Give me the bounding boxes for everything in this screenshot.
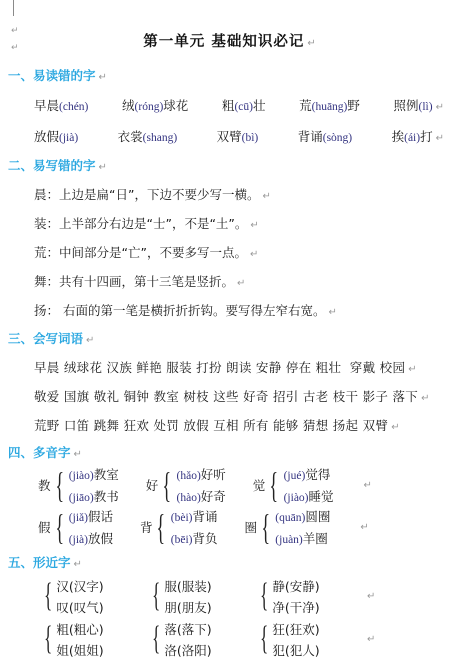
similar-chars-row-2: {粗(粗心)姐(姐姐) {落(落下)洛(洛阳) {狂(狂欢)犯(犯人) ↵ (40, 620, 460, 659)
paragraph-mark: ↵ (250, 220, 258, 231)
pinyin: (cū) (234, 101, 253, 113)
char-example: 汉(汉字) (56, 577, 103, 595)
word-item: 荒(huāng)野 (299, 96, 360, 114)
cursor-artifact (13, 0, 14, 16)
pinyin: (chén) (59, 101, 88, 113)
polyphone-entry: (bèi)背诵 (171, 507, 218, 525)
similar-char-group: {粗(粗心)姐(姐姐) (40, 620, 128, 659)
section-heading-text: 一、易读错的字 (8, 68, 96, 83)
pinyin: (jiāo) (69, 492, 94, 504)
word-text: 好听 (201, 467, 226, 482)
word-text: 放假 (34, 129, 59, 144)
note-line: 装：上半部分右边是“士”，不是“土”。↵ (0, 214, 460, 232)
polyphone-group: 好{ (hǎo)好听(hào)好奇 (146, 465, 226, 505)
char-example: 叹(叹气) (56, 598, 103, 616)
word-item: 早晨(chén) (34, 96, 88, 114)
section-heading-text: 二、易写错的字 (8, 158, 96, 173)
similar-char-group: {落(落下)洛(洛阳) (148, 620, 236, 659)
char-example: 洛(洛阳) (164, 641, 211, 659)
pinyin: (jiào) (69, 470, 94, 482)
char-example: 姐(姐姐) (56, 641, 103, 659)
char-example: 粗(粗心) (56, 620, 103, 638)
word-text: 绒 (122, 98, 135, 113)
word-text: 双臂 (217, 129, 242, 144)
brace-glyph: { (44, 623, 52, 655)
word-item: 衣裳(shang) (118, 127, 178, 145)
word-text: 觉得 (305, 467, 330, 482)
similar-char-group: {狂(狂欢)犯(犯人) (256, 620, 344, 659)
pinyin: (bēi) (171, 534, 193, 546)
note-line: 扬： 右面的第一笔是横折折折钩。要写得左窄右宽。↵ (0, 301, 460, 319)
word-item: 放假(jià) (34, 127, 78, 145)
word-text: 照例 (394, 98, 419, 113)
paragraph-mark: ↵ (421, 393, 430, 404)
polyphone-char: 背 (140, 518, 153, 536)
word-item: 背诵(sòng) (298, 127, 352, 145)
paragraph-mark: ↵ (367, 591, 375, 602)
note-text: 舞：共有十四画，第十三笔是竖折。 (34, 274, 234, 289)
word-text: 衣裳 (118, 129, 143, 144)
section-heading-text: 三、会写词语 (8, 331, 83, 346)
section-heading-3: 三、会写词语↵ (0, 329, 460, 347)
pinyin: (juàn) (275, 534, 302, 546)
pinyin: (jué) (284, 470, 306, 482)
paragraph-mark: ↵ (436, 133, 444, 144)
note-line: 荒：中间部分是“亡”，不要多写一点。↵ (0, 243, 460, 261)
word-text: 教室 (94, 467, 119, 482)
polyphone-group: 假{ (jiǎ)假话(jià)放假 (38, 507, 113, 547)
pinyin: (bèi) (171, 512, 193, 524)
paragraph-mark: ↵ (367, 634, 375, 645)
polyphone-char: 教 (38, 476, 51, 494)
char-example: 狂(狂欢) (272, 620, 319, 638)
section-heading-1: 一、易读错的字↵ (0, 66, 460, 84)
word-text: 睡觉 (309, 489, 334, 504)
note-text: 晨：上边是扁“日”，下边不要少写一横。 (34, 187, 259, 202)
paragraph-mark: ↵ (99, 72, 107, 83)
paragraph-mark: ↵ (99, 162, 107, 173)
pinyin: (sòng) (323, 132, 352, 144)
polyphone-char: 好 (146, 476, 159, 494)
paragraph-mark: ↵ (364, 480, 372, 491)
brace-glyph: { (55, 510, 64, 544)
misread-words-row-2: 放假(jià) 衣裳(shang) 双臂(bì) 背诵(sòng) 挨(ái)打… (34, 127, 444, 145)
brace-glyph: { (261, 510, 270, 544)
word-text: 早晨 (34, 98, 59, 113)
section-heading-text: 五、形近字 (8, 555, 71, 570)
word-text: 背负 (192, 531, 217, 546)
word-list-text: 早晨 绒球花 汉族 鲜艳 服装 打扮 朗读 安静 停在 粗壮 穿戴 校园 (34, 360, 405, 375)
similar-char-group: {汉(汉字)叹(叹气) (40, 577, 128, 616)
word-text: 球花 (163, 98, 188, 113)
paragraph-mark: ↵ (262, 191, 270, 202)
polyphone-entry: (hǎo)好听 (177, 465, 226, 483)
similar-chars-row-1: {汉(汉字)叹(叹气) {服(服装)朋(朋友) {静(安静)净(干净) ↵ (40, 577, 460, 616)
paragraph-mark: ↵ (74, 449, 82, 460)
polyphone-group: 圈{ (quān)圆圈(juàn)羊圈 (245, 507, 331, 547)
paragraph-mark: ↵ (11, 27, 19, 36)
word-text: 挨 (392, 129, 405, 144)
section-heading-5: 五、形近字↵ (0, 553, 460, 571)
similar-char-group: {服(服装)朋(朋友) (148, 577, 236, 616)
brace-glyph: { (163, 468, 172, 502)
pinyin: (quān) (275, 512, 305, 524)
word-list-line: 早晨 绒球花 汉族 鲜艳 服装 打扮 朗读 安静 停在 粗壮 穿戴 校园↵ (0, 358, 460, 376)
polyphone-group: 觉{ (jué)觉得(jiào)睡觉 (253, 465, 334, 505)
word-text: 假话 (88, 509, 113, 524)
misread-words-row-1: 早晨(chén) 绒(róng)球花 粗(cū)壮 荒(huāng)野 照例(l… (34, 96, 444, 114)
brace-glyph: { (260, 580, 268, 612)
word-item: 照例(lì)↵ (394, 96, 444, 114)
polyphone-row-1: 教{ (jiào)教室(jiāo)教书 好{ (hǎo)好听(hào)好奇 觉{… (38, 465, 460, 505)
note-text: 扬： 右面的第一笔是横折折折钩。要写得左窄右宽。 (34, 303, 325, 318)
note-line: 舞：共有十四画，第十三笔是竖折。↵ (0, 272, 460, 290)
paragraph-mark: ↵ (360, 522, 368, 533)
char-example: 落(落下) (164, 620, 211, 638)
polyphone-entry: (jià)放假 (69, 529, 113, 547)
paragraph-mark: ↵ (391, 422, 400, 433)
similar-char-group: {静(安静)净(干净) (256, 577, 344, 616)
paragraph-mark: ↵ (86, 335, 94, 346)
paragraph-mark: ↵ (74, 559, 82, 570)
word-text: 背诵 (192, 509, 217, 524)
brace-glyph: { (152, 580, 160, 612)
word-text: 放假 (88, 531, 113, 546)
section-heading-2: 二、易写错的字↵ (0, 156, 460, 174)
word-text: 背诵 (298, 129, 323, 144)
char-example: 静(安静) (272, 577, 319, 595)
polyphone-char: 圈 (245, 518, 258, 536)
paragraph-mark: ↵ (237, 278, 245, 289)
word-list-line: 荒野 口笛 跳舞 狂欢 处罚 放假 互相 所有 能够 猜想 扬起 双臂↵ (0, 416, 460, 434)
paragraph-mark: ↵ (436, 102, 444, 113)
polyphone-group: 背{ (bèi)背诵(bēi)背负 (140, 507, 218, 547)
note-text: 装：上半部分右边是“士”，不是“土”。 (34, 216, 247, 231)
char-example: 朋(朋友) (164, 598, 211, 616)
polyphone-char: 假 (38, 518, 51, 536)
polyphone-group: 教{ (jiào)教室(jiāo)教书 (38, 465, 119, 505)
page-title-text: 第一单元 基础知识必记 (143, 34, 304, 50)
word-text: 野 (347, 98, 360, 113)
note-line: 晨：上边是扁“日”，下边不要少写一横。↵ (0, 185, 460, 203)
word-item: 粗(cū)壮 (222, 96, 266, 114)
paragraph-mark: ↵ (11, 44, 19, 53)
polyphone-entry: (jiào)睡觉 (284, 487, 334, 505)
brace-glyph: { (157, 510, 166, 544)
brace-glyph: { (260, 623, 268, 655)
paragraph-mark: ↵ (328, 307, 336, 318)
char-example: 犯(犯人) (272, 641, 319, 659)
polyphone-entry: (bēi)背负 (171, 529, 218, 547)
word-text: 粗 (222, 98, 235, 113)
polyphone-char: 觉 (253, 476, 266, 494)
page-title: 第一单元 基础知识必记↵ (0, 30, 460, 51)
brace-glyph: { (44, 580, 52, 612)
polyphone-entry: (jiǎ)假话 (69, 507, 113, 525)
pinyin: (hào) (177, 492, 201, 504)
polyphone-entry: (jué)觉得 (284, 465, 334, 483)
word-text: 教书 (94, 489, 119, 504)
pinyin: (lì) (419, 101, 433, 113)
paragraph-mark: ↵ (408, 364, 417, 375)
paragraph-mark: ↵ (250, 249, 258, 260)
word-text: 圆圈 (305, 509, 330, 524)
pinyin: (hǎo) (177, 470, 201, 482)
pinyin: (ái) (404, 132, 420, 144)
polyphone-entry: (hào)好奇 (177, 487, 226, 505)
pinyin: (jià) (59, 132, 78, 144)
word-text: 好奇 (201, 489, 226, 504)
polyphone-entry: (jiāo)教书 (69, 487, 119, 505)
word-text: 壮 (253, 98, 266, 113)
pinyin: (jiào) (284, 492, 309, 504)
word-text: 羊圈 (303, 531, 328, 546)
char-example: 净(干净) (272, 598, 319, 616)
brace-glyph: { (55, 468, 64, 502)
word-list-text: 敬爱 国旗 敬礼 铜钟 教室 树枝 这些 好奇 招引 古老 枝干 影子 落下 (34, 389, 418, 404)
note-text: 荒：中间部分是“亡”，不要多写一点。 (34, 245, 247, 260)
polyphone-row-2: 假{ (jiǎ)假话(jià)放假 背{ (bèi)背诵(bēi)背负 圈{ (… (38, 507, 460, 547)
pinyin: (jià) (69, 534, 88, 546)
pinyin: (huāng) (312, 101, 348, 113)
word-list-line: 敬爱 国旗 敬礼 铜钟 教室 树枝 这些 好奇 招引 古老 枝干 影子 落下↵ (0, 387, 460, 405)
word-item: 绒(róng)球花 (122, 96, 188, 114)
polyphone-entry: (juàn)羊圈 (275, 529, 330, 547)
brace-glyph: { (270, 468, 279, 502)
paragraph-mark: ↵ (307, 38, 316, 49)
word-list-text: 荒野 口笛 跳舞 狂欢 处罚 放假 互相 所有 能够 猜想 扬起 双臂 (34, 418, 388, 433)
word-item: 双臂(bì) (217, 127, 259, 145)
polyphone-entry: (quān)圆圈 (275, 507, 330, 525)
word-text: 打 (420, 129, 433, 144)
brace-glyph: { (152, 623, 160, 655)
pinyin: (shang) (143, 132, 178, 144)
polyphone-entry: (jiào)教室 (69, 465, 119, 483)
word-item: 挨(ái)打↵ (392, 127, 444, 145)
section-heading-text: 四、多音字 (8, 445, 71, 460)
char-example: 服(服装) (164, 577, 211, 595)
document-page: { "marks": { "return": "↵", "brace": "{"… (0, 0, 460, 660)
pinyin: (jiǎ) (69, 512, 88, 524)
word-text: 荒 (299, 98, 312, 113)
pinyin: (róng) (135, 101, 164, 113)
section-heading-4: 四、多音字↵ (0, 443, 460, 461)
pinyin: (bì) (242, 132, 259, 144)
